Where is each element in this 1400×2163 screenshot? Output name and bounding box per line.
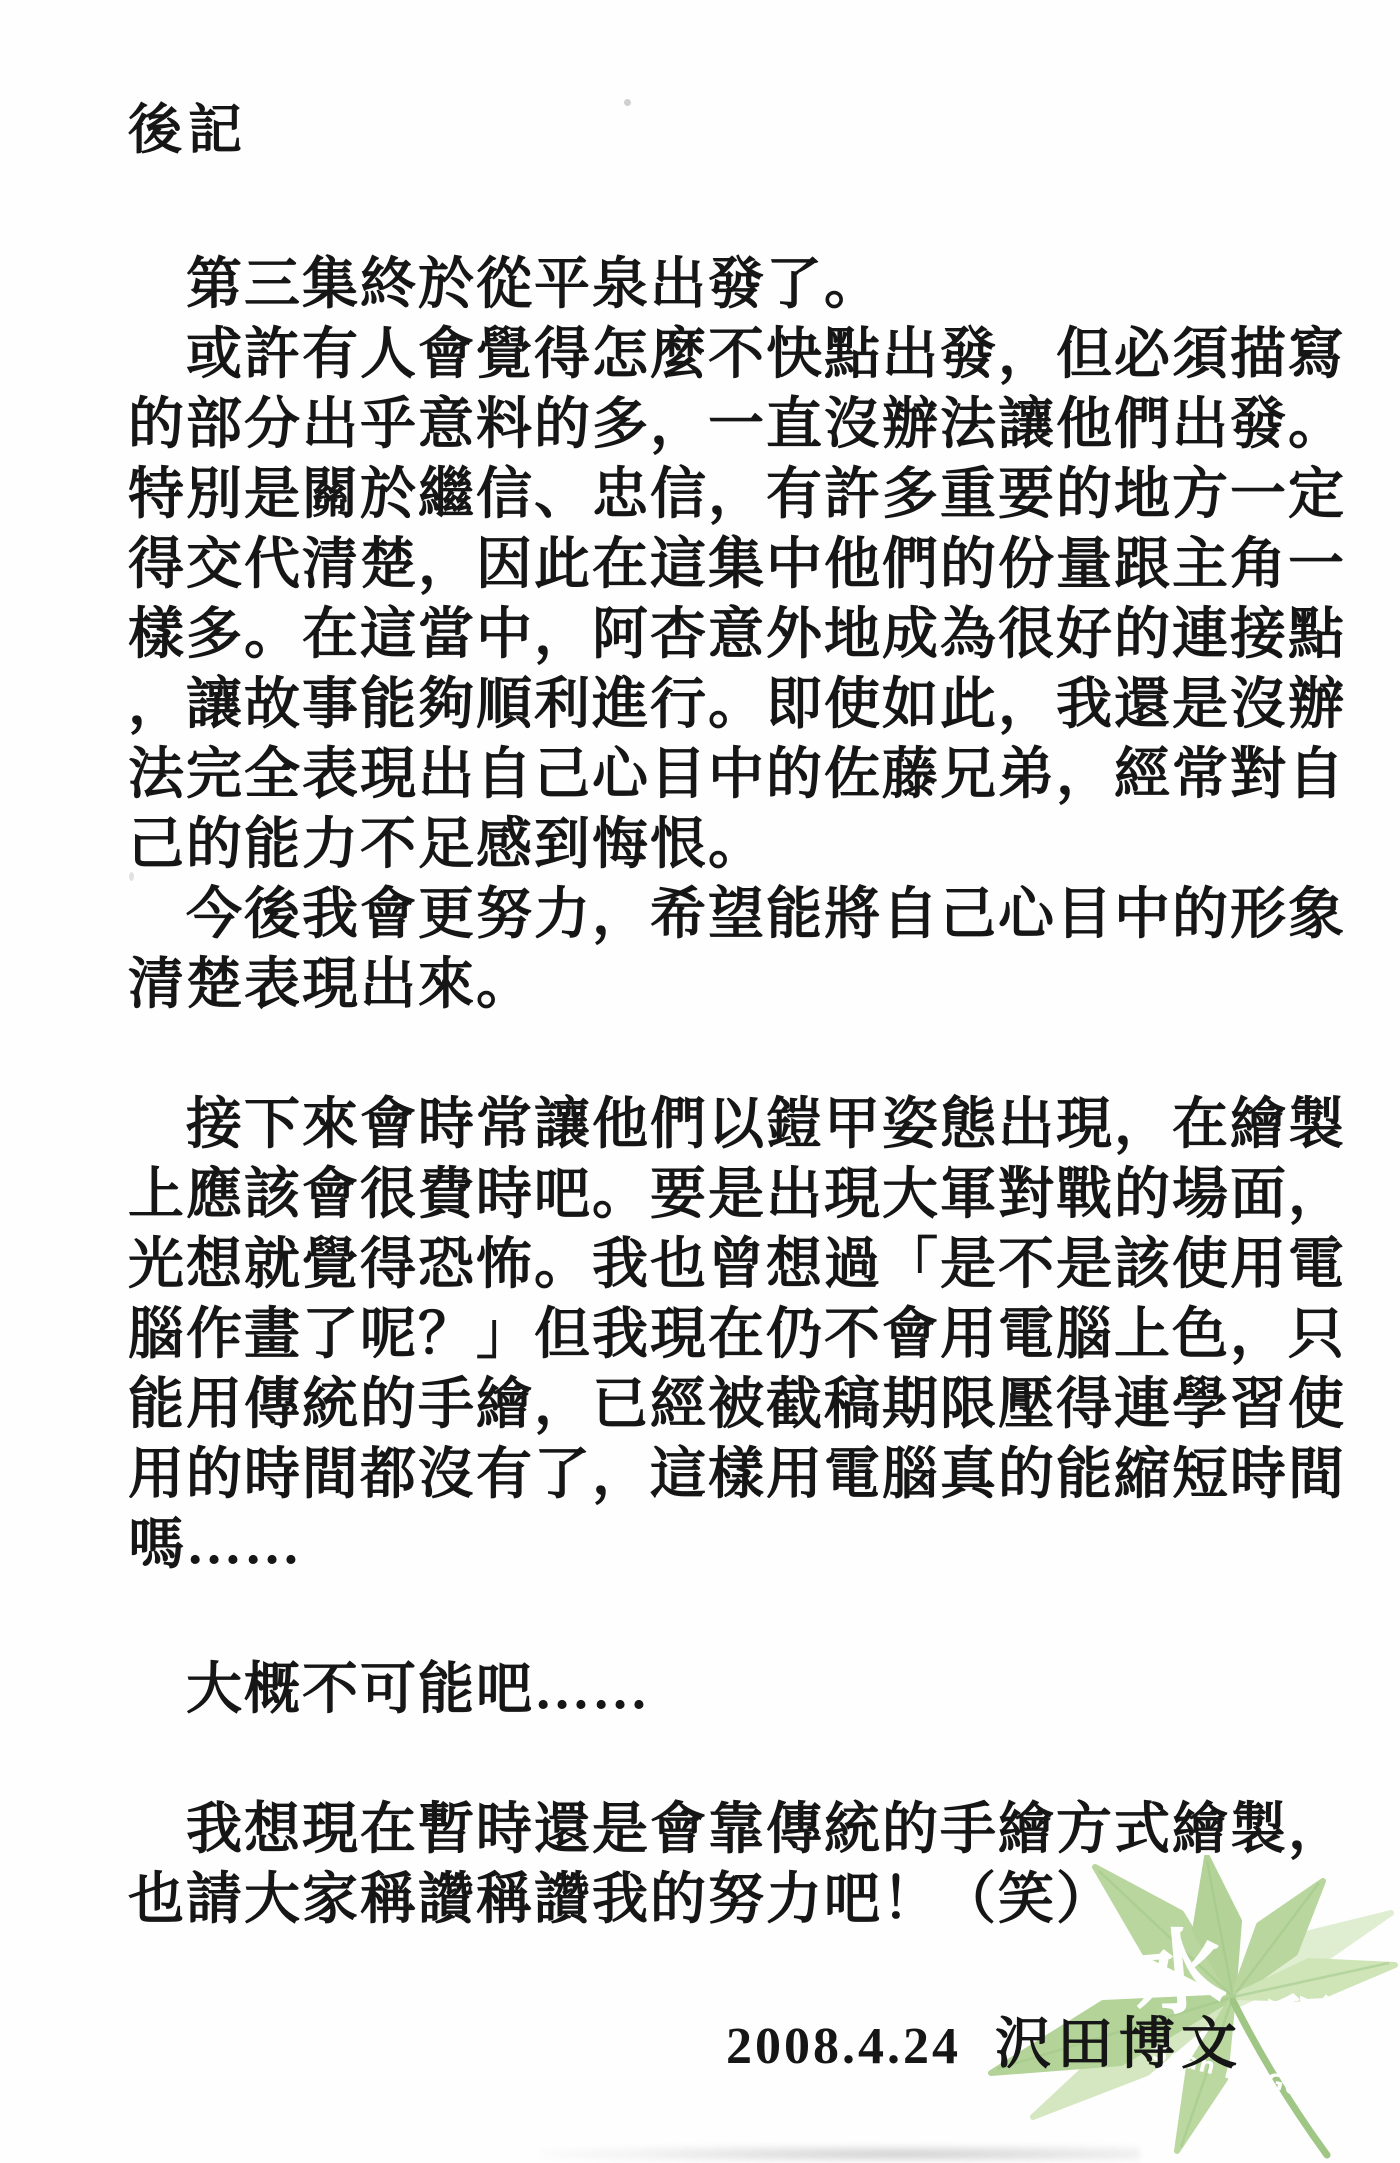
scanned-page: 水 印 Scan by G09070811 後記 第三集終於從平泉出發了。 或許…	[0, 0, 1400, 2163]
scan-smudge	[540, 2144, 1140, 2161]
text-line: 接下來會時常讓他們以鎧甲姿態出現，在繪製	[128, 1090, 1330, 1160]
text-line: 我想現在暫時還是會靠傳統的手繪方式繪製，	[128, 1795, 1330, 1865]
text-line: 第三集終於從平泉出發了。	[128, 250, 1330, 320]
text-line: 上應該會很費時吧。要是出現大軍對戰的場面，	[128, 1160, 1330, 1230]
text-line: 腦作畫了呢？」但我現在仍不會用電腦上色，只	[128, 1300, 1330, 1370]
text-line: 的部分出乎意料的多，一直沒辦法讓他們出發。	[128, 390, 1330, 460]
text-line: 今後我會更努力，希望能將自己心目中的形象	[128, 880, 1330, 950]
signature-line: 2008.4.24 沢田博文	[128, 2010, 1330, 2080]
afterword-text: 後記 第三集終於從平泉出發了。 或許有人會覺得怎麼不快點出發，但必須描寫 的部分…	[0, 0, 1400, 2080]
page-title: 後記	[128, 95, 1330, 165]
text-line: 或許有人會覺得怎麼不快點出發，但必須描寫	[128, 320, 1330, 390]
text-line: 己的能力不足感到悔恨。	[128, 810, 1330, 880]
text-line: 光想就覺得恐怖。我也曾想過「是不是該使用電	[128, 1230, 1330, 1300]
text-line: 大概不可能吧……	[128, 1655, 1330, 1725]
text-line: 清楚表現出來。	[128, 950, 1330, 1020]
text-line: 得交代清楚，因此在這集中他們的份量跟主角一	[128, 530, 1330, 600]
text-line: 樣多。在這當中，阿杏意外地成為很好的連接點	[128, 600, 1330, 670]
text-line: 法完全表現出自己心目中的佐藤兄弟，經常對自	[128, 740, 1330, 810]
text-line: 特別是關於繼信、忠信，有許多重要的地方一定	[128, 460, 1330, 530]
signature-author: 沢田博文	[995, 2010, 1243, 2080]
signature-date: 2008.4.24	[726, 2012, 961, 2082]
text-line: 也請大家稱讚稱讚我的努力吧！（笑）	[128, 1865, 1330, 1935]
text-line: 嗎……	[128, 1510, 1330, 1580]
text-line: 能用傳統的手繪，已經被截稿期限壓得連學習使	[128, 1370, 1330, 1440]
text-line: 用的時間都沒有了，這樣用電腦真的能縮短時間	[128, 1440, 1330, 1510]
text-line: ，讓故事能夠順利進行。即使如此，我還是沒辦	[128, 670, 1330, 740]
